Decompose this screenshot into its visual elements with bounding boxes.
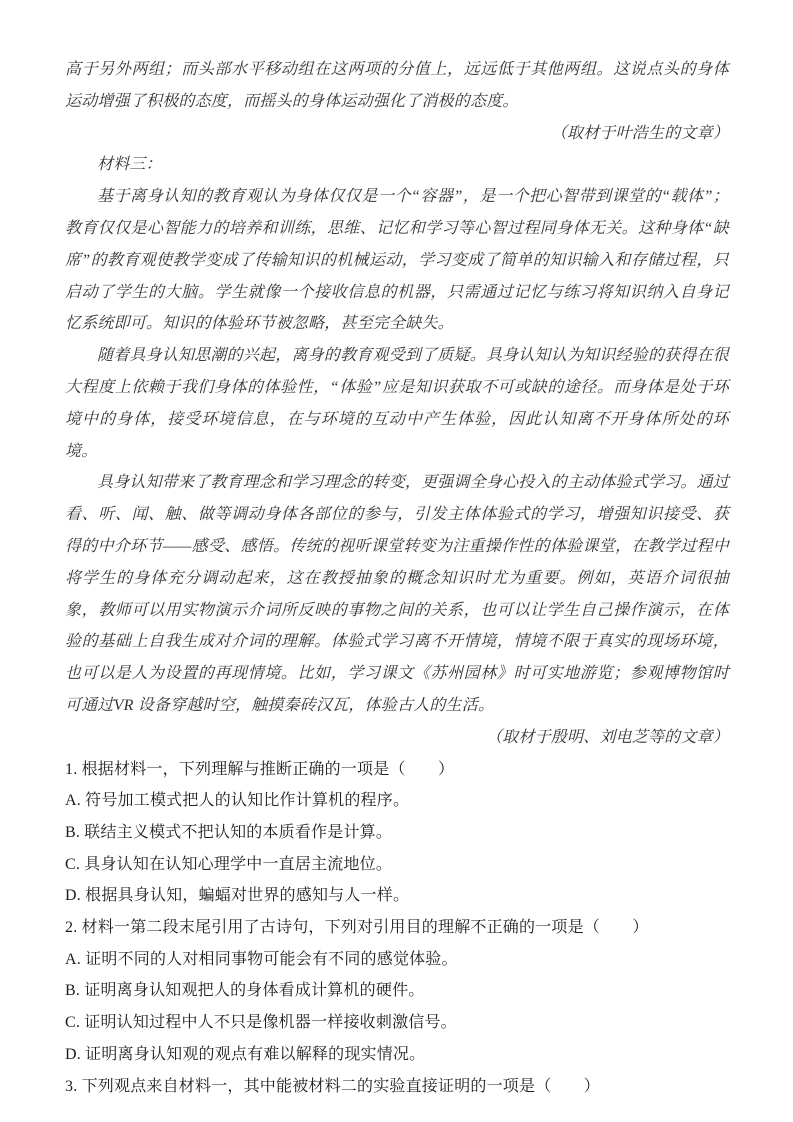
material3-attribution: （取材于殷明、刘电芝等的文章） <box>65 722 729 754</box>
material2-tail-paragraph: 高于另外两组；而头部水平移动组在这两项的分值上，远远低于其他两组。这说点头的身体… <box>65 54 729 118</box>
exam-document-page: 高于另外两组；而头部水平移动组在这两项的分值上，远远低于其他两组。这说点头的身体… <box>0 0 793 1122</box>
question-section: 1. 根据材料一，下列理解与推断正确的一项是（ ） A. 符号加工模式把人的认知… <box>65 754 729 1103</box>
question-2-option-a: A. 证明不同的人对相同事物可能会有不同的感觉体验。 <box>65 944 729 976</box>
material3-heading: 材料三： <box>65 149 729 181</box>
question-1-option-d: D. 根据具身认知，蝙蝠对世界的感知与人一样。 <box>65 880 729 912</box>
question-1-option-a: A. 符号加工模式把人的认知比作计算机的程序。 <box>65 785 729 817</box>
material3-paragraph-1: 基于离身认知的教育观认为身体仅仅是一个“容器”，是一个把心智带到课堂的“载体”；… <box>65 181 729 340</box>
question-3-stem: 3. 下列观点来自材料一，其中能被材料二的实验直接证明的一项是（ ） <box>65 1071 729 1103</box>
material3-paragraph-2: 随着具身认知思潮的兴起，离身的教育观受到了质疑。具身认知认为知识经验的获得在很大… <box>65 340 729 467</box>
question-1-option-c: C. 具身认知在认知心理学中一直居主流地位。 <box>65 849 729 881</box>
question-2-option-c: C. 证明认知过程中人不只是像机器一样接收刺激信号。 <box>65 1007 729 1039</box>
question-2-option-b: B. 证明离身认知观把人的身体看成计算机的硬件。 <box>65 975 729 1007</box>
reading-passage: 高于另外两组；而头部水平移动组在这两项的分值上，远远低于其他两组。这说点头的身体… <box>65 54 729 754</box>
question-2-stem: 2. 材料一第二段末尾引用了古诗句，下列对引用目的理解不正确的一项是（ ） <box>65 912 729 944</box>
question-1-option-b: B. 联结主义模式不把认知的本质看作是计算。 <box>65 817 729 849</box>
material2-attribution: （取材于叶浩生的文章） <box>65 118 729 150</box>
material3-paragraph-3: 具身认知带来了教育理念和学习理念的转变，更强调全身心投入的主动体验式学习。通过看… <box>65 467 729 721</box>
question-2-option-d: D. 证明离身认知观的观点有难以解释的现实情况。 <box>65 1039 729 1071</box>
question-1-stem: 1. 根据材料一，下列理解与推断正确的一项是（ ） <box>65 754 729 786</box>
